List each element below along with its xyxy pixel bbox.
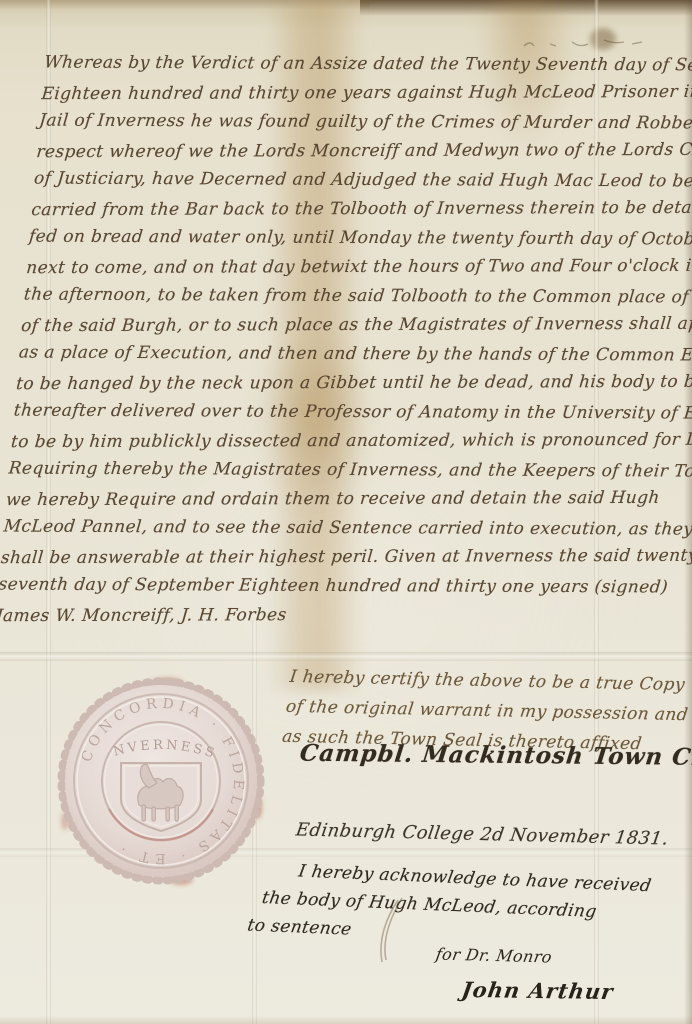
text-line: thereafter delivered over to the Profess…	[12, 397, 682, 429]
john-arthur-signature: John Arthur	[460, 977, 615, 1004]
document-photo: Whereas by the Verdict of an Assize date…	[0, 0, 692, 1024]
text-line: shall be answerable at their highest per…	[0, 542, 670, 573]
text-line: to be by him publickly dissected and ana…	[10, 426, 681, 457]
text-line: as a place of Execution, and then and th…	[18, 339, 688, 371]
text-line: we hereby Require and ordain them to rec…	[5, 484, 676, 515]
text-line: of the said Burgh, or to such place as t…	[20, 310, 691, 341]
text-line: to be hanged by the neck upon a Gibbet u…	[15, 368, 686, 399]
text-line: McLeod Pannel, and to see the said Sente…	[2, 513, 672, 545]
judges-signatures: James W. Moncreiff, J. H. Forbes	[0, 600, 665, 631]
seal-graphic: CONCORDIA · FIDELITAS · ET · INVERNESS	[50, 670, 272, 892]
receipt-block: I hereby acknowledge to have received th…	[255, 856, 653, 956]
text-line: respect whereof we the Lords Moncreiff a…	[35, 136, 692, 167]
text-line: of Justiciary, have Decerned and Adjudge…	[33, 165, 692, 197]
text-line: Requiring thereby the Magistrates of Inv…	[7, 455, 677, 487]
inverness-town-seal: CONCORDIA · FIDELITAS · ET · INVERNESS	[50, 670, 272, 892]
horizontal-crease	[0, 652, 692, 661]
top-edge-shade	[0, 0, 370, 10]
pen-flourish	[368, 896, 408, 966]
text-line: Jail of Inverness he was found guilty of…	[38, 107, 692, 139]
text-line: carried from the Bar back to the Tolboot…	[30, 194, 692, 225]
text-line: fed on bread and water only, until Monda…	[28, 223, 692, 255]
top-fold-shadow	[360, 0, 692, 16]
dateline: Edinburgh College 2d November 1831.	[295, 819, 670, 849]
for-dr-monro-line: for Dr. Monro	[434, 945, 553, 967]
text-line: the afternoon, to be taken from the said…	[23, 281, 692, 313]
bottom-edge-shade	[0, 1016, 692, 1024]
town-clerk-signature: Campbl. Mackintosh Town Clerk	[298, 740, 692, 772]
warrant-body: Whereas by the Verdict of an Assize date…	[0, 50, 692, 630]
text-line: next to come, and on that day betwixt th…	[25, 252, 692, 283]
text-line: seventh day of September Eighteen hundre…	[0, 571, 668, 603]
text-line: Whereas by the Verdict of an Assize date…	[43, 49, 692, 81]
text-line: Eighteen hundred and thirty one years ag…	[40, 78, 692, 109]
